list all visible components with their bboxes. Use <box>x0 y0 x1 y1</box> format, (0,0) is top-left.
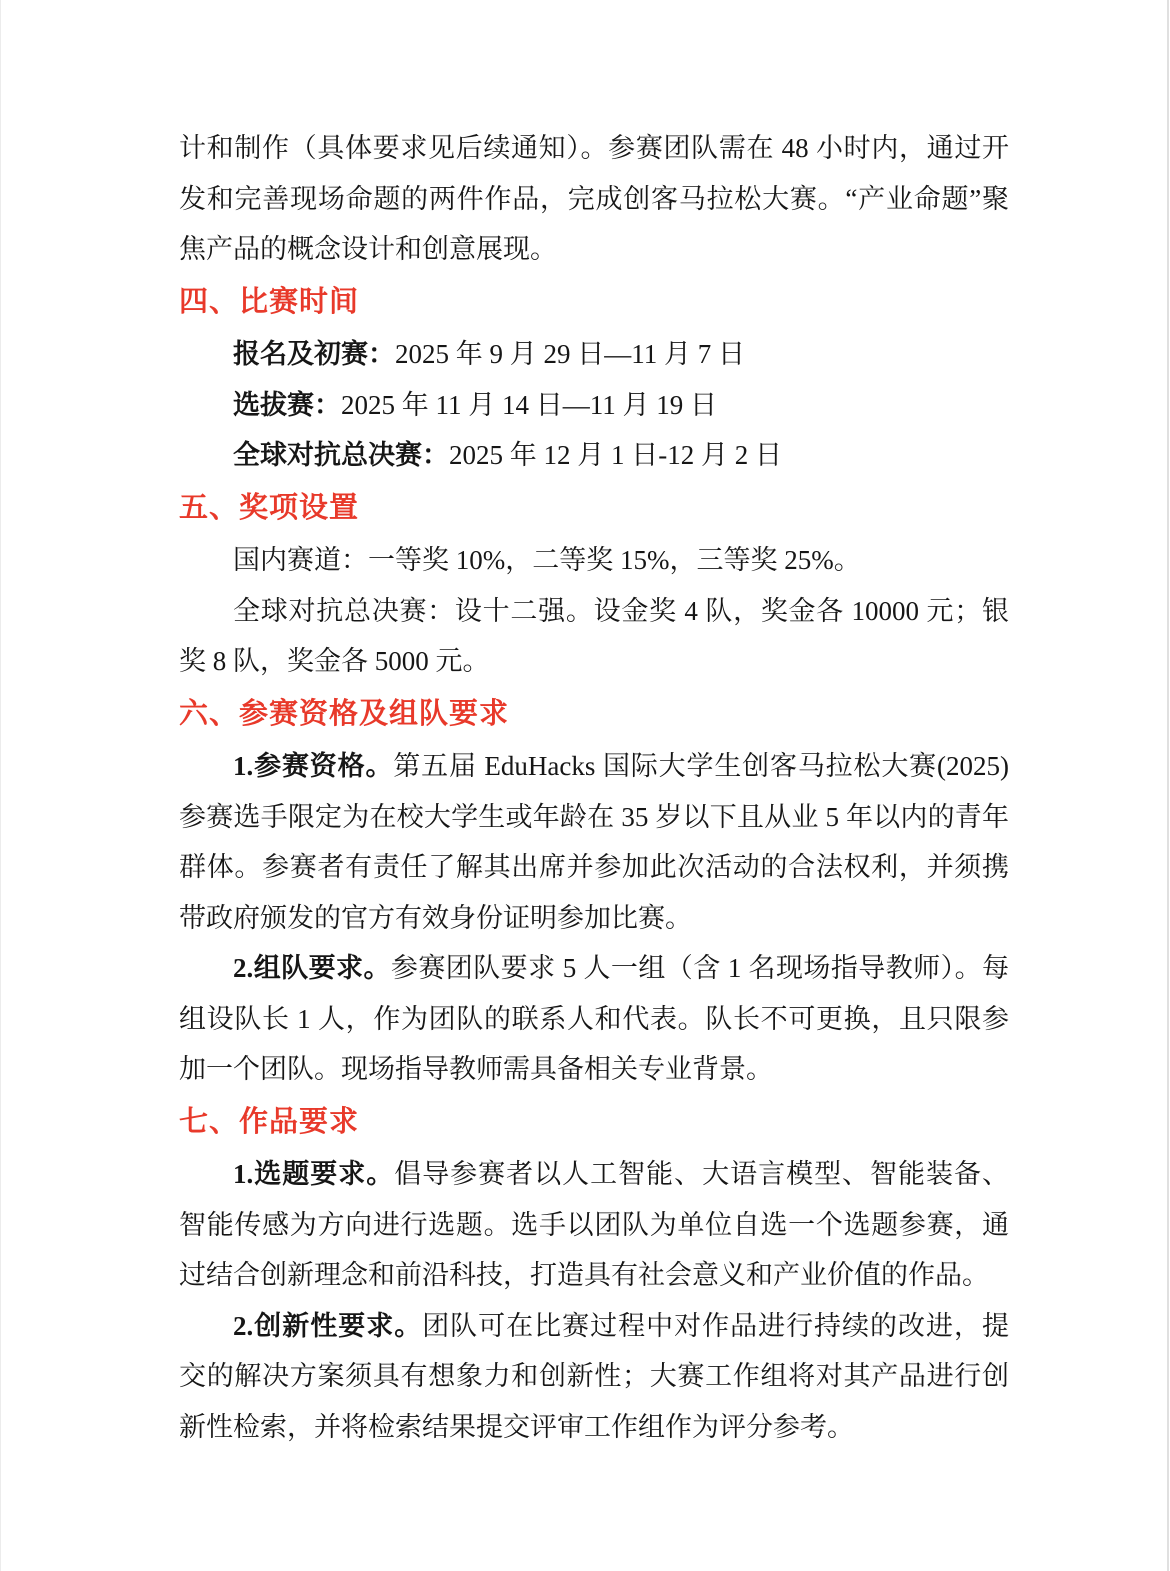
text-run: 计和制作（具体要求见后续通知）。参赛团队需在 48 小时内，通过开发和完善现场命… <box>179 133 1009 264</box>
section-heading: 四、比赛时间 <box>179 277 1009 328</box>
text-run: 国内赛道：一等奖 10%，二等奖 15%，三等奖 25%。 <box>233 545 861 575</box>
paragraph: 2.组队要求。参赛团队要求 5 人一组（含 1 名现场指导教师）。每组设队长 1… <box>179 943 1009 1095</box>
run-in-label: 2.组队要求。 <box>233 953 391 983</box>
paragraph: 国内赛道：一等奖 10%，二等奖 15%，三等奖 25%。 <box>179 535 1009 586</box>
run-in-label: 1.选题要求。 <box>233 1159 394 1189</box>
paragraph: 选拔赛：2025 年 11 月 14 日—11 月 19 日 <box>179 380 1009 431</box>
run-in-label: 1.参赛资格。 <box>233 751 393 781</box>
text-run: 2025 年 11 月 14 日—11 月 19 日 <box>341 390 717 420</box>
paragraph: 全球对抗总决赛：2025 年 12 月 1 日-12 月 2 日 <box>179 430 1009 481</box>
paragraph: 全球对抗总决赛：设十二强。设金奖 4 队，奖金各 10000 元；银奖 8 队，… <box>179 586 1009 687</box>
heading-text: 四、比赛时间 <box>179 286 359 318</box>
heading-text: 六、参赛资格及组队要求 <box>179 698 509 730</box>
section-heading: 七、作品要求 <box>179 1097 1009 1148</box>
heading-text: 五、奖项设置 <box>179 492 359 524</box>
paragraph: 1.选题要求。倡导参赛者以人工智能、大语言模型、智能装备、智能传感为方向进行选题… <box>179 1149 1009 1301</box>
run-in-label: 选拔赛： <box>233 390 341 420</box>
page-content: 计和制作（具体要求见后续通知）。参赛团队需在 48 小时内，通过开发和完善现场命… <box>179 123 1009 1452</box>
run-in-label: 2.创新性要求。 <box>233 1311 422 1341</box>
paragraph: 报名及初赛：2025 年 9 月 29 日—11 月 7 日 <box>179 329 1009 380</box>
paragraph: 2.创新性要求。团队可在比赛过程中对作品进行持续的改进，提交的解决方案须具有想象… <box>179 1301 1009 1453</box>
text-run: 2025 年 12 月 1 日-12 月 2 日 <box>449 440 782 470</box>
document-page: 计和制作（具体要求见后续通知）。参赛团队需在 48 小时内，通过开发和完善现场命… <box>0 0 1170 1571</box>
text-run: 全球对抗总决赛：设十二强。设金奖 4 队，奖金各 10000 元；银奖 8 队，… <box>179 596 1009 677</box>
run-in-label: 全球对抗总决赛： <box>233 440 449 470</box>
paragraph: 1.参赛资格。第五届 EduHacks 国际大学生创客马拉松大赛(2025)参赛… <box>179 741 1009 943</box>
run-in-label: 报名及初赛： <box>233 339 395 369</box>
section-heading: 五、奖项设置 <box>179 483 1009 534</box>
section-heading: 六、参赛资格及组队要求 <box>179 689 1009 740</box>
heading-text: 七、作品要求 <box>179 1106 359 1138</box>
page-edge-line <box>1167 0 1169 1571</box>
text-run: 2025 年 9 月 29 日—11 月 7 日 <box>395 339 745 369</box>
paragraph: 计和制作（具体要求见后续通知）。参赛团队需在 48 小时内，通过开发和完善现场命… <box>179 123 1009 275</box>
